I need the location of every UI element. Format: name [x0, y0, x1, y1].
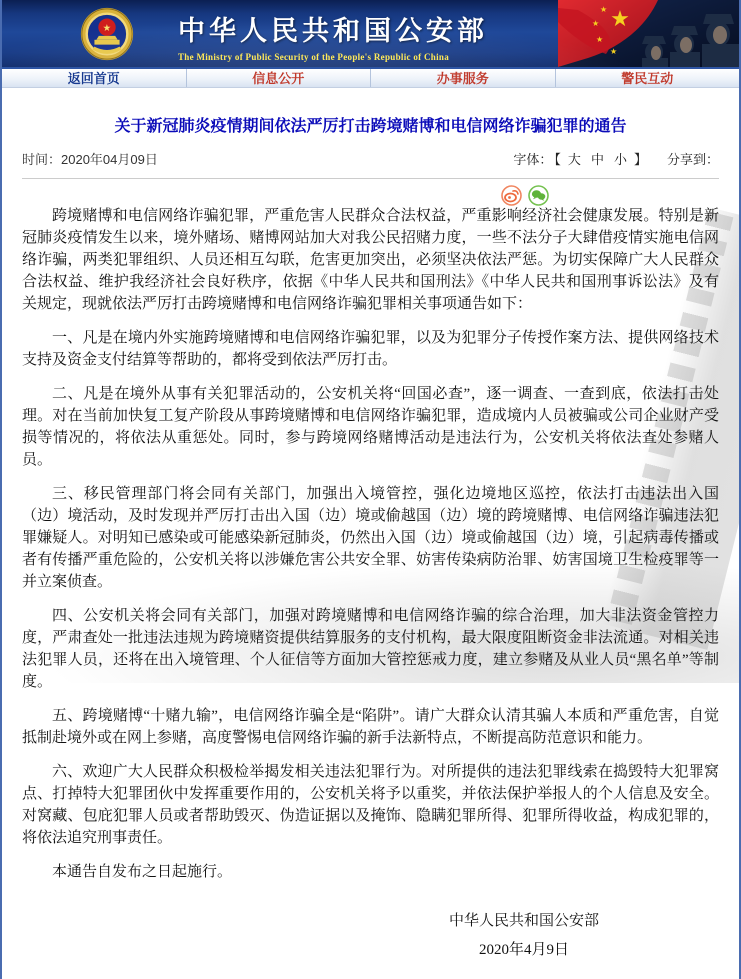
- content-area: 关于新冠肺炎疫情期间依法严厉打击跨境赌博和电信网络诈骗犯罪的通告 时间：2020…: [2, 113, 739, 979]
- article-head: 关于新冠肺炎疫情期间依法严厉打击跨境赌博和电信网络诈骗犯罪的通告 时间：2020…: [22, 113, 719, 179]
- font-size-large-button[interactable]: 大: [568, 149, 581, 168]
- wechat-icon[interactable]: [528, 185, 549, 206]
- site-title: 中华人民共和国公安部: [178, 9, 488, 48]
- article-paragraph: 四、公安机关将会同有关部门，加强对跨境赌博和电信网络诈骗的综合治理，加大非法资金…: [22, 605, 719, 693]
- signature-date: 2020年4月9日: [374, 938, 674, 959]
- svg-text:★: ★: [610, 47, 617, 56]
- site-title-block: 中华人民共和国公安部 The Ministry of Public Securi…: [178, 9, 488, 62]
- bracket-open: 【: [554, 152, 561, 167]
- share-label: 分享到：: [667, 152, 719, 167]
- article-meta-row: 时间：2020年04月09日 字体：【大中小】分享到：: [22, 149, 719, 168]
- nav-item-info-disclosure[interactable]: 信息公开: [186, 69, 371, 87]
- nav-bar: 返回首页信息公开办事服务警民互动: [2, 67, 739, 88]
- font-share-controls: 字体：【大中小】分享到：: [513, 149, 719, 168]
- signature-name: 中华人民共和国公安部: [374, 909, 674, 930]
- signature-block: 中华人民共和国公安部 2020年4月9日: [374, 909, 674, 959]
- svg-text:★: ★: [103, 23, 112, 34]
- police-emblem-icon: ★: [78, 5, 136, 63]
- nav-item-home[interactable]: 返回首页: [2, 69, 186, 87]
- svg-text:★: ★: [592, 19, 599, 28]
- article-paragraph: 跨境赌博和电信网络诈骗犯罪，严重危害人民群众合法权益，严重影响经济社会健康发展。…: [22, 205, 719, 315]
- share-icons: [501, 185, 549, 206]
- article-paragraph: 六、欢迎广大人民群众积极检举揭发相关违法犯罪行为。对所提供的违法犯罪线索在捣毁特…: [22, 761, 719, 849]
- police-flag-photo: ★ ★ ★ ★ ★: [558, 0, 739, 67]
- meta-divider: [22, 178, 719, 179]
- site-banner: ★ 中华人民共和国公安部 The Ministry of Public Secu…: [2, 0, 739, 67]
- font-size-small-button[interactable]: 小: [614, 149, 627, 168]
- site-subtitle: The Ministry of Public Security of the P…: [178, 52, 488, 62]
- font-size-medium-button[interactable]: 中: [591, 149, 604, 168]
- article-paragraph: 二、凡是在境外从事有关犯罪活动的，公安机关将“回国必查”，逐一调查、一查到底，依…: [22, 383, 719, 471]
- svg-text:★: ★: [596, 35, 603, 44]
- article-paragraph: 五、跨境赌博“十赌九输”，电信网络诈骗全是“陷阱”。请广大群众认清其骗人本质和严…: [22, 705, 719, 749]
- article-paragraph: 本通告自发布之日起施行。: [22, 861, 719, 883]
- publish-time: 时间：2020年04月09日: [22, 149, 158, 168]
- time-label: 时间：: [22, 152, 61, 167]
- font-size-controls: 大中小: [563, 152, 632, 167]
- article-body: 跨境赌博和电信网络诈骗犯罪，严重危害人民群众合法权益，严重影响经济社会健康发展。…: [22, 205, 719, 883]
- time-value: 2020年04月09日: [61, 152, 158, 167]
- font-label: 字体：: [513, 152, 552, 167]
- article-paragraph: 一、凡是在境内外实施跨境赌博和电信网络诈骗犯罪，以及为犯罪分子传授作案方法、提供…: [22, 327, 719, 371]
- bracket-close: 】: [634, 152, 647, 167]
- article-paragraph: 三、移民管理部门将会同有关部门，加强出入境管控，强化边境地区巡控，依法打击违法出…: [22, 483, 719, 593]
- nav-item-services[interactable]: 办事服务: [370, 69, 555, 87]
- article-title: 关于新冠肺炎疫情期间依法严厉打击跨境赌博和电信网络诈骗犯罪的通告: [22, 113, 719, 136]
- svg-text:★: ★: [600, 5, 607, 14]
- weibo-icon[interactable]: [501, 185, 522, 206]
- svg-text:★: ★: [610, 6, 630, 31]
- page: ★ 中华人民共和国公安部 The Ministry of Public Secu…: [0, 0, 741, 979]
- nav-item-police-public-interaction[interactable]: 警民互动: [555, 69, 740, 87]
